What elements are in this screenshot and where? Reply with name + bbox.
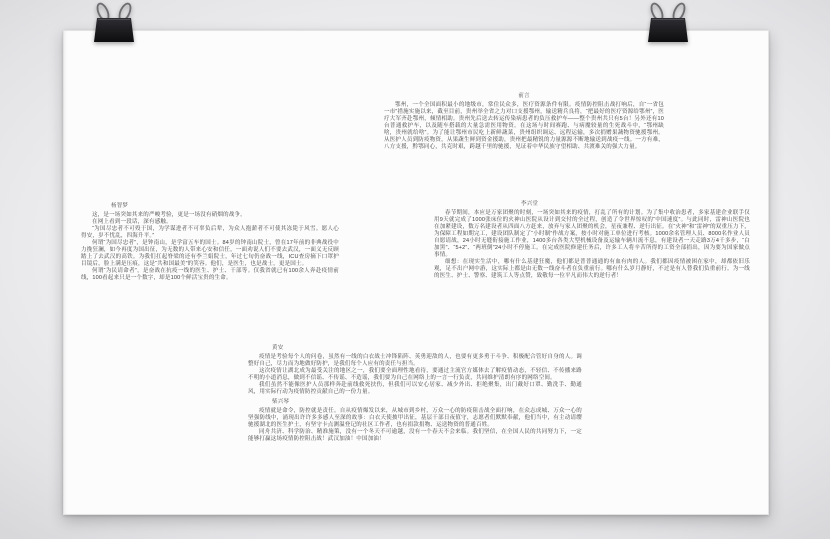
essay-1-author: 杨智梦 <box>81 203 339 210</box>
essay-4-paragraph: 疫情就是命令，防控就是责任。自从疫情爆发以来，从城市到乡村，万众一心的防疫阻击战… <box>248 408 582 429</box>
essay-1-paragraph: 何谓“为国尽忠者”，是钟南山，是学富五车的国士。84岁的钟南山院士，曾在17年前… <box>81 240 339 268</box>
essay-1-paragraph: 在网上看到一段话，深有感触。 <box>81 219 339 226</box>
essay-block-3-4: 黄安 疫情是考验每个人的问卷，虽然有一线的白衣战士冲锋陷阵、英勇迎敌的人，也要有… <box>248 345 582 443</box>
binder-clip-icon <box>642 1 694 45</box>
essay-1-paragraph: “为国尽忠者不可殁于国，为学谋进者不可辜负后辈，为众人抱薪者不可使其冻毙于风雪。… <box>81 226 339 240</box>
essay-3-paragraph: 疫情是考验每个人的问卷，虽然有一线的白衣战士冲锋陷阵、英勇迎敌的人，也要有更多勇… <box>248 354 582 368</box>
essay-1-paragraph: 这，是一场突如其来的严峻考验，更是一场没有硝烟的战争。 <box>81 212 339 219</box>
essay-4-author: 柴兴琴 <box>248 399 582 406</box>
preface-paragraph: 鄂州，一个全国面积最小的地级市，常住民众多，医疗资源条件有限。疫情防控阻击战打响… <box>384 102 664 151</box>
essay-2-paragraph: 春节期间，本应是万家团聚的时刻，一场突如其来的疫情，打乱了所有的计划。为了集中收… <box>434 210 750 259</box>
essay-2-author: 李兴堂 <box>434 201 750 208</box>
essay-3-paragraph: 我们虽然不能像医护人员那样奔赴前线救死扶伤，但我们可以安心居家、减少外出、拒绝聚… <box>248 382 582 396</box>
document-page: 前言 鄂州，一个全国面积最小的地级市，常住民众多，医疗资源条件有限。疫情防控阻击… <box>63 30 769 515</box>
essay-4-paragraph: 同舟共济、科学防治、精准施策，没有一个冬天不可逾越，没有一个春天不会来临。我们坚… <box>248 429 582 443</box>
essay-block-2: 李兴堂 春节期间，本应是万家团聚的时刻，一场突如其来的疫情，打乱了所有的计划。为… <box>434 201 750 280</box>
preface-block: 前言 鄂州，一个全国面积最小的地级市，常住民众多，医疗资源条件有限。疫情防控阻击… <box>384 93 664 151</box>
preface-title: 前言 <box>384 93 664 100</box>
essay-1-paragraph: 何谓“为民请命者”，是奋战在抗疫一线的医生、护士、干部等。仅我省就已有100余人… <box>81 268 339 282</box>
desk-background: 前言 鄂州，一个全国面积最小的地级市，常住民众多，医疗资源条件有限。疫情防控阻击… <box>0 0 830 539</box>
essay-3-author: 黄安 <box>248 345 582 352</box>
essay-2-paragraph: 细想：在现实生活中，哪有什么基建狂魔，他们都是普普通通的有血有肉的人。我们都因疫… <box>434 259 750 280</box>
binder-clip-icon <box>88 1 140 45</box>
essay-3-paragraph: 这次疫情让湖北成为最受关注的地区之一，我们要全面理性地看待，要通过主流官方媒体去… <box>248 368 582 382</box>
essay-block-1: 杨智梦 这，是一场突如其来的严峻考验，更是一场没有硝烟的战争。 在网上看到一段话… <box>81 203 339 282</box>
